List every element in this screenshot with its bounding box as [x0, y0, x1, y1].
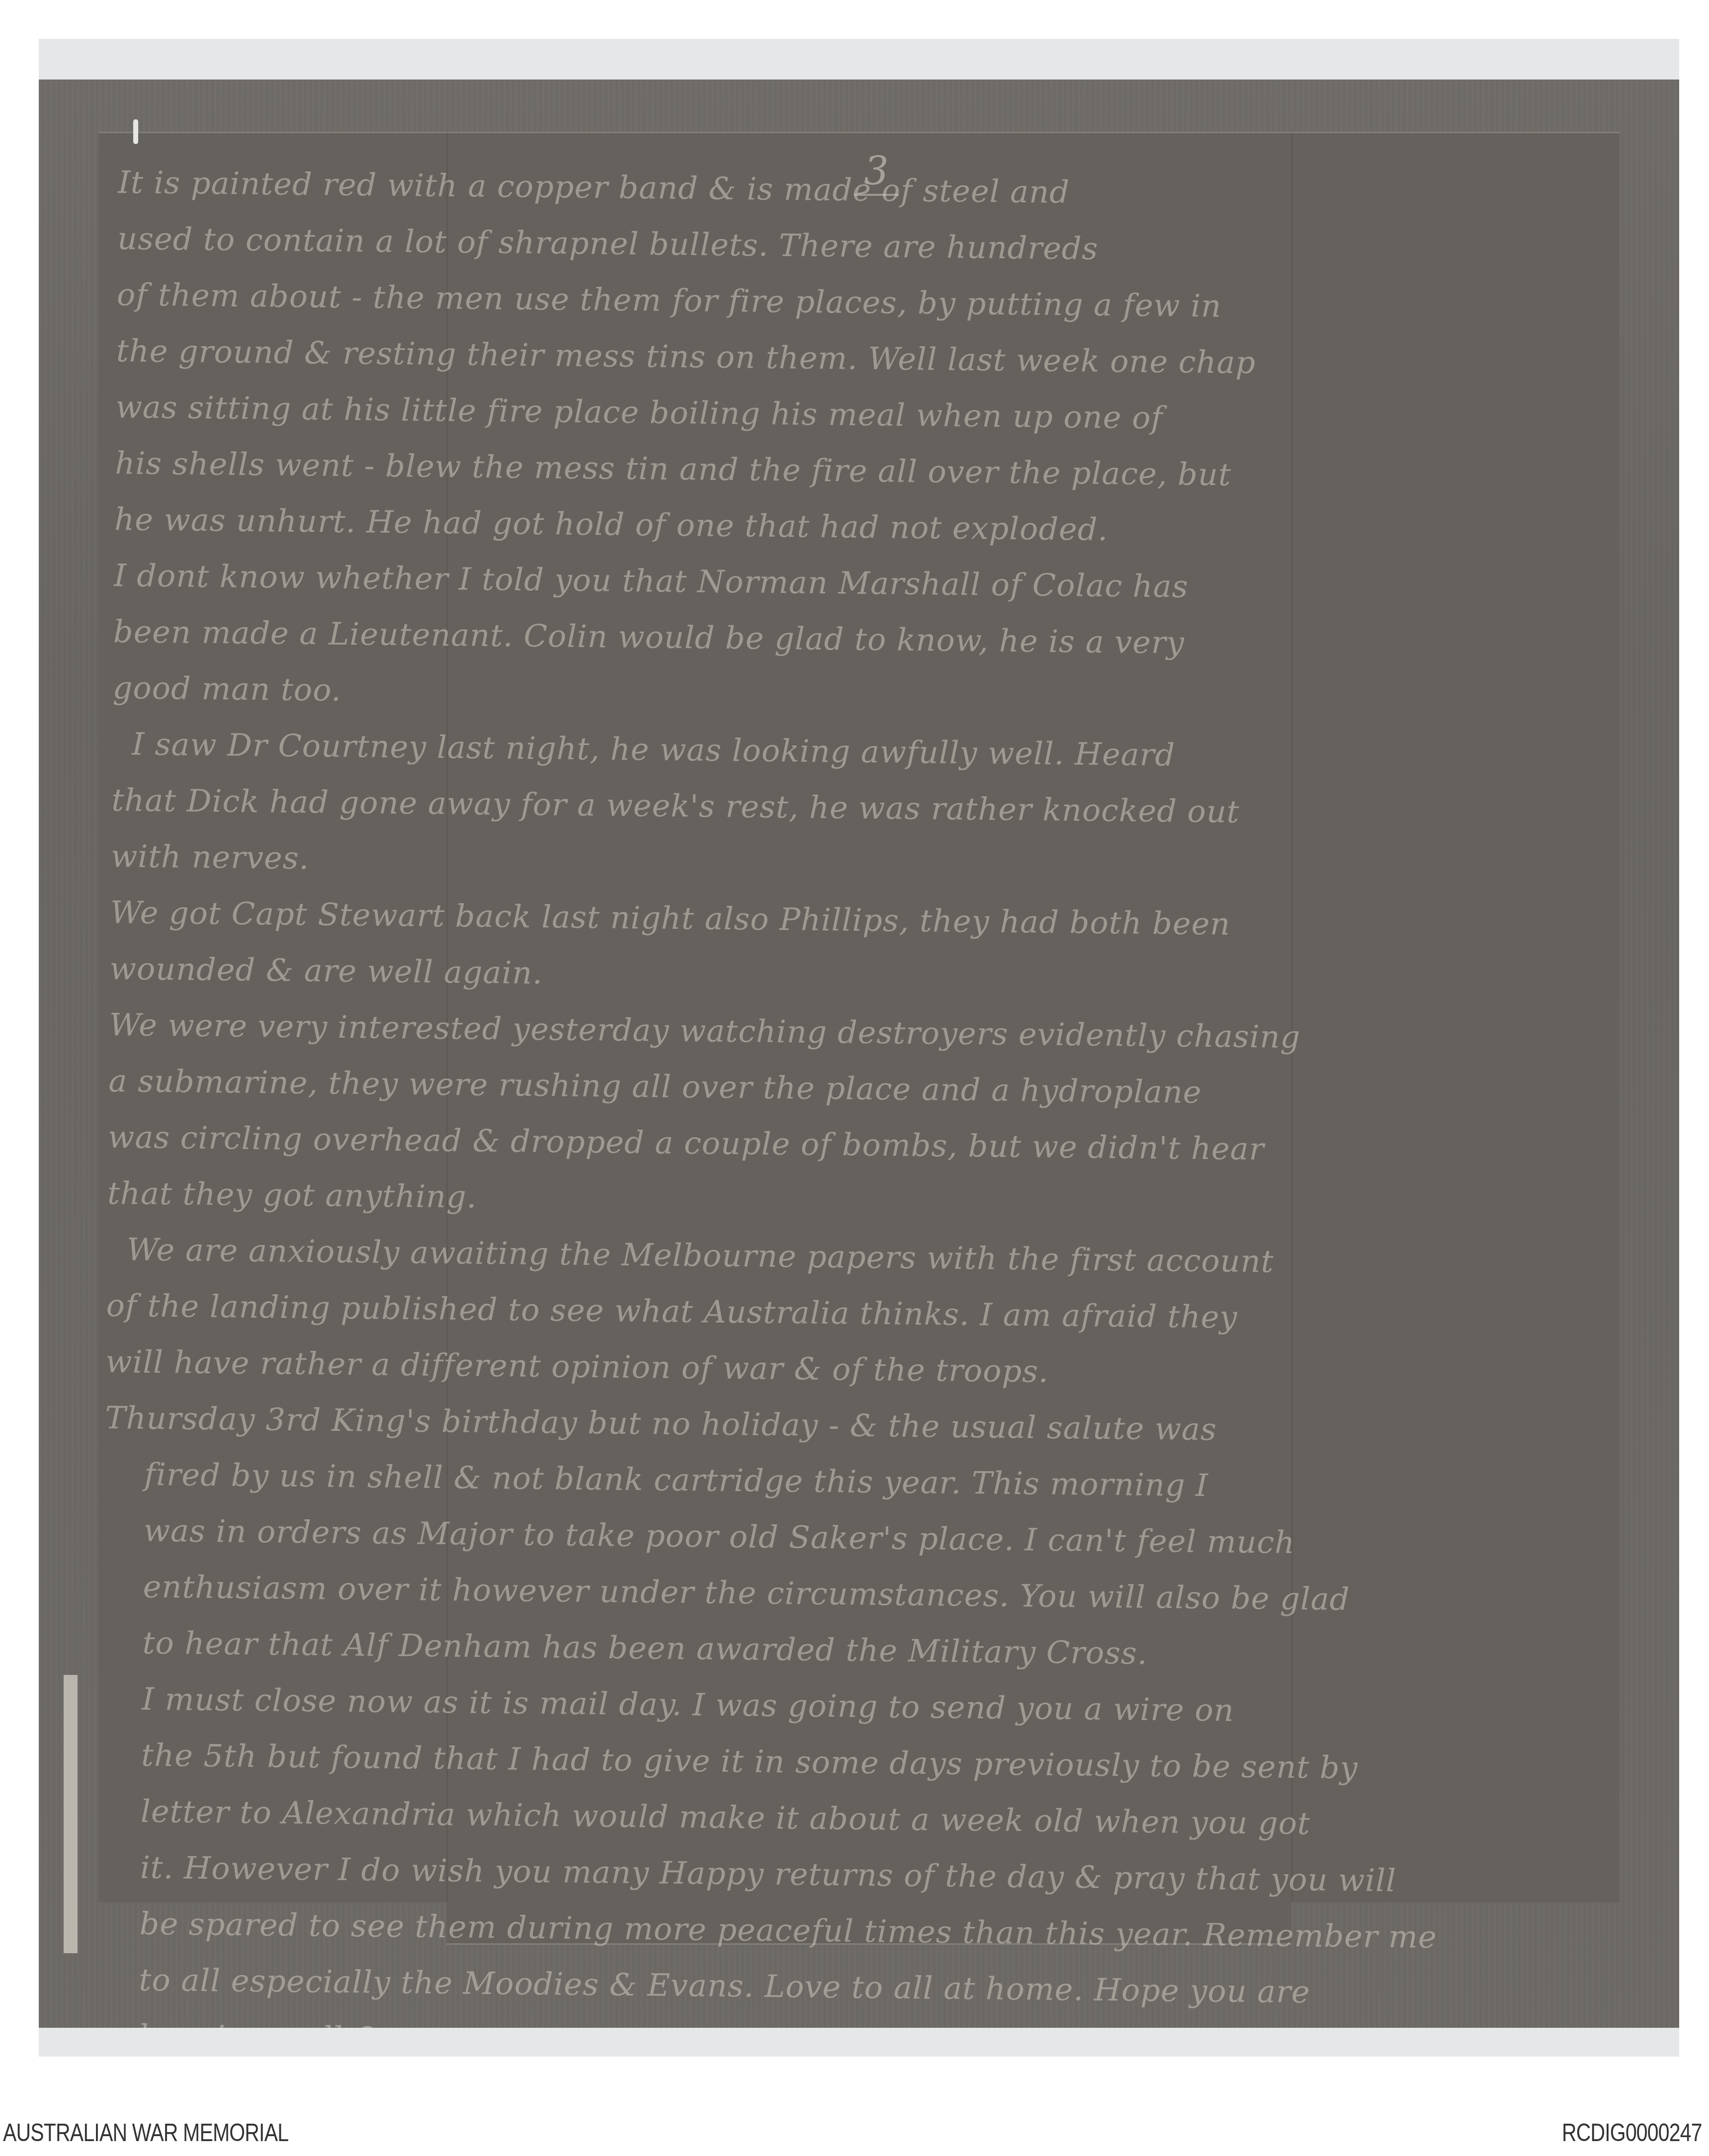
institution-label: AUSTRALIAN WAR MEMORIAL: [3, 2118, 288, 2147]
handwritten-text: It is painted red with a copper band & i…: [98, 154, 1610, 2028]
sheet-edge-strip: [64, 1675, 78, 1953]
tack-mark: [133, 119, 138, 144]
letter-photograph: 3 It is painted red with a copper band &…: [39, 80, 1679, 2028]
footer: AUSTRALIAN WAR MEMORIAL RCDIG0000247: [0, 2118, 1709, 2148]
accession-id: RCDIG0000247: [1562, 2118, 1702, 2147]
